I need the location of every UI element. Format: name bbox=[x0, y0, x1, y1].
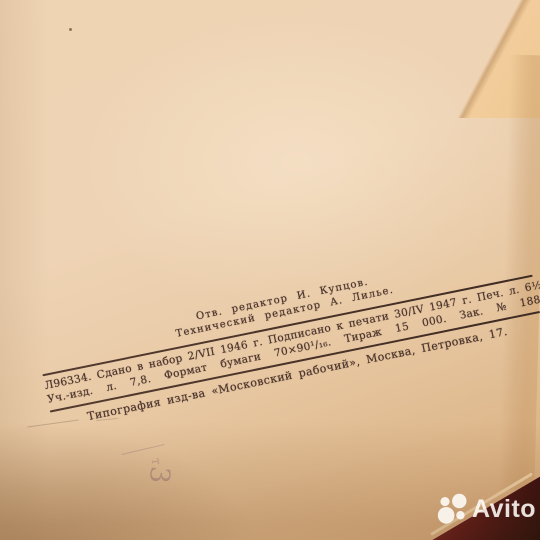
handwritten-mark: 3 bbox=[139, 465, 175, 498]
paper-speck bbox=[69, 28, 72, 31]
book-page-photo: Отв. редактор И. Купцов. Технический ред… bbox=[0, 0, 540, 540]
avito-watermark: Avito bbox=[437, 493, 536, 525]
avito-circles-icon bbox=[437, 493, 469, 525]
avito-wordmark: Avito bbox=[472, 497, 536, 522]
